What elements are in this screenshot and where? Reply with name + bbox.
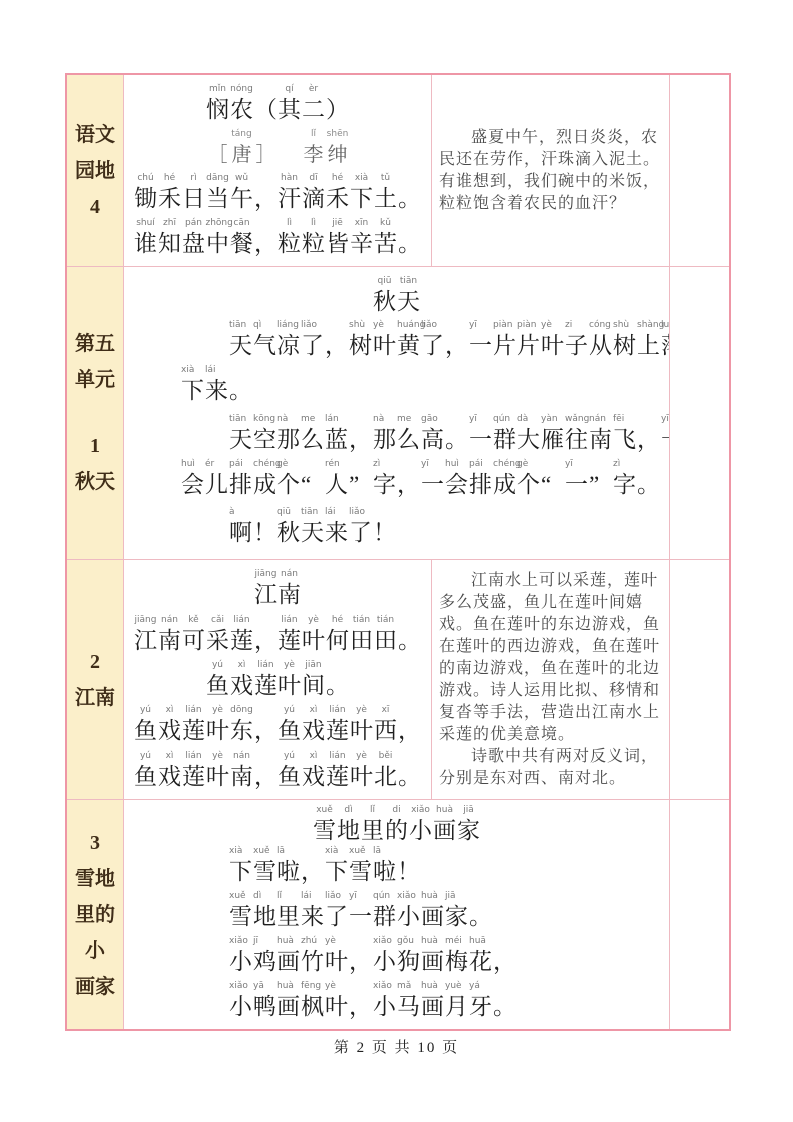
hanzi-token: nán南 bbox=[278, 568, 302, 609]
pinyin-label bbox=[278, 128, 302, 141]
hanzi-token: ér儿 bbox=[157, 458, 181, 499]
hanzi-token: xì戏 bbox=[302, 704, 326, 745]
unit-label-line: 第五 bbox=[75, 326, 115, 362]
pinyin-label: xì bbox=[158, 704, 182, 717]
hanzi-token: yuè月 bbox=[397, 980, 421, 1021]
hanzi-token: dōng东 bbox=[230, 704, 254, 745]
hanzi-token: di的 bbox=[385, 804, 409, 845]
hanzi-char: 鸭 bbox=[205, 993, 229, 1021]
hanzi-token: rì日 bbox=[182, 172, 206, 213]
hanzi-char: 莲 bbox=[182, 763, 206, 791]
pinyin-label: rì bbox=[182, 172, 206, 185]
hanzi-token: lái来 bbox=[157, 364, 181, 405]
lesson-row: 2江南jiāng江nán南jiāng江nán南kě可cǎi采lián莲，lián… bbox=[67, 560, 729, 800]
hanzi-char: 叶 bbox=[350, 763, 374, 791]
pinyin-label: yè bbox=[278, 659, 302, 672]
hanzi-char: 天 bbox=[181, 332, 205, 360]
hanzi-char: 儿 bbox=[157, 471, 181, 499]
hanzi-token: chéng成 bbox=[205, 458, 229, 499]
hanzi-char: 成 bbox=[205, 471, 229, 499]
pinyin-label: shù bbox=[565, 319, 589, 332]
pinyin-label: pán bbox=[182, 217, 206, 230]
hanzi-char: 月 bbox=[397, 993, 421, 1021]
pinyin-label bbox=[349, 458, 373, 471]
pinyin-label: yī bbox=[517, 458, 541, 471]
hanzi-char: （ bbox=[254, 96, 278, 124]
hanzi-char: 落 bbox=[613, 332, 637, 360]
pinyin-label: fēng bbox=[253, 980, 277, 993]
pinyin-label: tiān bbox=[181, 413, 205, 426]
pinyin-label: xià bbox=[133, 364, 157, 377]
hanzi-char: 采 bbox=[206, 627, 230, 655]
pinyin-label bbox=[398, 217, 422, 230]
hanzi-char: 雪 bbox=[313, 817, 337, 845]
hanzi-token: tǔ土 bbox=[374, 172, 398, 213]
commentary-paragraph: 江南水上可以采莲，莲叶多么茂盛，鱼儿在莲叶间嬉戏。鱼在莲叶的东边游戏，鱼在莲叶的… bbox=[439, 570, 662, 746]
hanzi-token: huà画 bbox=[229, 980, 253, 1021]
hanzi-char: 个 bbox=[469, 471, 493, 499]
pinyin-label: tiān bbox=[397, 275, 421, 288]
hanzi-char: 雪 bbox=[301, 858, 325, 886]
hanzi-char: 鱼 bbox=[134, 717, 158, 745]
hanzi-char: ” bbox=[301, 471, 325, 499]
hanzi-token: yú鱼 bbox=[278, 704, 302, 745]
pinyin-label: huì bbox=[133, 458, 157, 471]
hanzi-char: 。 bbox=[398, 185, 422, 213]
hanzi-char: 来 bbox=[253, 903, 277, 931]
hanzi-char: 莲 bbox=[326, 763, 350, 791]
hanzi-token bbox=[278, 128, 302, 169]
unit-label-line: 1 bbox=[90, 428, 100, 464]
hanzi-token: ， bbox=[253, 845, 277, 886]
pinyin-label bbox=[493, 458, 517, 471]
hanzi-char: 飞 bbox=[565, 426, 589, 454]
pinyin-label: dāng bbox=[206, 172, 230, 185]
poem-text-line: xiǎo小yā鸭huà画fēng枫yè叶，xiǎo小mǎ马huà画yuè月yá牙… bbox=[133, 980, 660, 1025]
page-number-text: 第 2 页 共 10 页 bbox=[334, 1040, 459, 1056]
hanzi-token: rén人 bbox=[277, 458, 301, 499]
hanzi-char: 地 bbox=[205, 903, 229, 931]
commentary-paragraph: 诗歌中共有两对反义词，分别是东对西、南对北。 bbox=[439, 746, 662, 790]
pinyin-label: huà bbox=[433, 804, 457, 817]
hanzi-token: yī一 bbox=[421, 413, 445, 454]
pinyin-label: yī bbox=[421, 413, 445, 426]
pinyin-label: xì bbox=[302, 750, 326, 763]
hanzi-token: mǎ马 bbox=[349, 980, 373, 1021]
pinyin-label: yè bbox=[350, 750, 374, 763]
pinyin-label: tǔ bbox=[374, 172, 398, 185]
hanzi-token: ！ bbox=[349, 845, 373, 886]
pinyin-label bbox=[398, 614, 422, 627]
hanzi-token: liǎo了 bbox=[253, 319, 277, 360]
hanzi-token: cān餐 bbox=[230, 217, 254, 258]
pinyin-label: yú bbox=[278, 704, 302, 717]
poem-text-line: yú鱼xì戏lián莲yè叶jiān间。 bbox=[133, 659, 422, 700]
pinyin-label: hé bbox=[326, 172, 350, 185]
hanzi-char: 南 bbox=[230, 763, 254, 791]
hanzi-token: ” bbox=[541, 458, 565, 499]
hanzi-char: 蓝 bbox=[277, 426, 301, 454]
hanzi-char: 知 bbox=[158, 230, 182, 258]
pinyin-label bbox=[301, 413, 325, 426]
pinyin-label: dōng bbox=[230, 704, 254, 717]
hanzi-token: hé何 bbox=[326, 614, 350, 655]
hanzi-char: 来 bbox=[157, 377, 181, 405]
hanzi-char: 竹 bbox=[253, 948, 277, 976]
hanzi-token: xià下 bbox=[277, 845, 301, 886]
pinyin-label: yī bbox=[373, 458, 397, 471]
hanzi-char: 片 bbox=[469, 332, 493, 360]
hanzi-char: 禾 bbox=[158, 185, 182, 213]
pinyin-label: liǎo bbox=[277, 890, 301, 903]
hanzi-char: 人 bbox=[277, 471, 301, 499]
hanzi-char: 大 bbox=[469, 426, 493, 454]
pinyin-label: yī bbox=[421, 319, 445, 332]
pinyin-label: jiā bbox=[457, 804, 481, 817]
hanzi-char: ］ bbox=[254, 141, 278, 169]
pinyin-label: yè bbox=[350, 704, 374, 717]
hanzi-token: liǎo了 bbox=[373, 319, 397, 360]
hanzi-char: 鱼 bbox=[134, 763, 158, 791]
pinyin-label bbox=[398, 704, 422, 717]
hanzi-char: ， bbox=[397, 332, 421, 360]
hanzi-token: ！ bbox=[205, 506, 229, 547]
hanzi-token: yú鱼 bbox=[278, 750, 302, 791]
hanzi-token: lián莲 bbox=[278, 614, 302, 655]
hanzi-token: tiān天 bbox=[253, 506, 277, 547]
hanzi-token: huā花 bbox=[421, 935, 445, 976]
pinyin-label: hé bbox=[158, 172, 182, 185]
hanzi-char: 戏 bbox=[302, 717, 326, 745]
poem-text-line: xià下xuě雪lā啦，xià下xuě雪lā啦！ bbox=[133, 845, 660, 890]
pinyin-label: gè bbox=[229, 458, 253, 471]
poem-title-line: qiū秋tiān天 bbox=[133, 275, 660, 316]
hanzi-char: 画 bbox=[373, 903, 397, 931]
hanzi-char: 天 bbox=[397, 288, 421, 316]
hanzi-token: dī滴 bbox=[302, 172, 326, 213]
pinyin-label: huì bbox=[397, 458, 421, 471]
pinyin-label: xiǎo bbox=[181, 980, 205, 993]
hanzi-char: 鱼 bbox=[278, 717, 302, 745]
pinyin-label: dì bbox=[337, 804, 361, 817]
hanzi-token: ！ bbox=[325, 506, 349, 547]
hanzi-token: pái排 bbox=[421, 458, 445, 499]
pinyin-label bbox=[254, 83, 278, 96]
hanzi-char: 牙 bbox=[421, 993, 445, 1021]
pinyin-label: yī bbox=[301, 890, 325, 903]
hanzi-char: 。 bbox=[181, 377, 205, 405]
hanzi-char: 树 bbox=[301, 332, 325, 360]
hanzi-token: xì戏 bbox=[230, 659, 254, 700]
hanzi-token: liǎo了 bbox=[277, 890, 301, 931]
hanzi-char: 小 bbox=[325, 993, 349, 1021]
hanzi-char: 苦 bbox=[374, 230, 398, 258]
hanzi-char: 画 bbox=[229, 948, 253, 976]
hanzi-char: 下 bbox=[181, 858, 205, 886]
pinyin-label: lián bbox=[254, 659, 278, 672]
unit-label-line: 雪地 bbox=[75, 861, 115, 897]
hanzi-token: huà画 bbox=[373, 890, 397, 931]
hanzi-token: tiān天 bbox=[181, 319, 205, 360]
hanzi-char: ） bbox=[326, 96, 350, 124]
hanzi-char: ， bbox=[277, 332, 301, 360]
hanzi-char: 鸡 bbox=[205, 948, 229, 976]
pinyin-label: lián bbox=[326, 704, 350, 717]
hanzi-char: ［ bbox=[206, 141, 230, 169]
page-footer: 第 2 页 共 10 页 bbox=[0, 1036, 793, 1057]
hanzi-token: cǎi采 bbox=[206, 614, 230, 655]
hanzi-char: 里 bbox=[361, 817, 385, 845]
pinyin-label: yè bbox=[493, 319, 517, 332]
hanzi-token: à啊 bbox=[181, 506, 205, 547]
hanzi-token: ， bbox=[277, 319, 301, 360]
unit-label-cell: 3雪地里的小画家 bbox=[67, 800, 124, 1029]
pinyin-label: běi bbox=[374, 750, 398, 763]
hanzi-char: 中 bbox=[206, 230, 230, 258]
hanzi-char: 莲 bbox=[182, 717, 206, 745]
pinyin-label: gāo bbox=[373, 413, 397, 426]
pinyin-label: tiān bbox=[253, 506, 277, 519]
hanzi-char: 李 bbox=[302, 141, 326, 169]
hanzi-char: 其 bbox=[278, 96, 302, 124]
hanzi-token: ， bbox=[301, 980, 325, 1021]
hanzi-char: 来 bbox=[277, 519, 301, 547]
hanzi-token: yú鱼 bbox=[134, 750, 158, 791]
hanzi-char: 梅 bbox=[397, 948, 421, 976]
poem-text-line: tiān天kōng空nà那me么lán蓝，nà那me么gāo高。yī一qún群d… bbox=[133, 413, 660, 503]
hanzi-token: xià下 bbox=[133, 364, 157, 405]
hanzi-token: ， bbox=[397, 319, 421, 360]
hanzi-char: ！ bbox=[205, 519, 229, 547]
hanzi-char: 小 bbox=[181, 948, 205, 976]
hanzi-token: xiǎo小 bbox=[325, 980, 349, 1021]
hanzi-char: 莲 bbox=[326, 717, 350, 745]
pinyin-label: qún bbox=[325, 890, 349, 903]
hanzi-token: huà画 bbox=[229, 935, 253, 976]
hanzi-token: dì地 bbox=[205, 890, 229, 931]
hanzi-token: xì戏 bbox=[302, 750, 326, 791]
pinyin-label: pái bbox=[421, 458, 445, 471]
pinyin-label: lián bbox=[182, 750, 206, 763]
hanzi-char: 了 bbox=[277, 903, 301, 931]
pinyin-label: me bbox=[253, 413, 277, 426]
hanzi-char: ！ bbox=[349, 858, 373, 886]
hanzi-token: ， bbox=[254, 172, 278, 213]
hanzi-char: “ bbox=[253, 471, 277, 499]
hanzi-token: jiāng江 bbox=[134, 614, 158, 655]
hanzi-char: 小 bbox=[181, 993, 205, 1021]
hanzi-token: běi北 bbox=[374, 750, 398, 791]
hanzi-char: ， bbox=[254, 717, 278, 745]
pinyin-label: yè bbox=[277, 935, 301, 948]
hanzi-char: 莲 bbox=[230, 627, 254, 655]
hanzi-char: 枫 bbox=[253, 993, 277, 1021]
pinyin-label: mǎ bbox=[349, 980, 373, 993]
pinyin-label: zì bbox=[325, 458, 349, 471]
pinyin-label: xiǎo bbox=[409, 804, 433, 817]
hanzi-char: 滴 bbox=[302, 185, 326, 213]
pinyin-label: xià bbox=[350, 172, 374, 185]
hanzi-char: 小 bbox=[409, 817, 433, 845]
hanzi-char: 。 bbox=[398, 627, 422, 655]
pinyin-label bbox=[254, 217, 278, 230]
pinyin-label: xiǎo bbox=[181, 935, 205, 948]
poem-text-line: tiān天qì气liáng凉liǎo了，shù树yè叶huáng黄liǎo了，y… bbox=[133, 319, 660, 409]
pinyin-label: nán bbox=[541, 413, 565, 426]
pinyin-label: hàn bbox=[278, 172, 302, 185]
hanzi-char: 群 bbox=[325, 903, 349, 931]
hanzi-char: 啊 bbox=[181, 519, 205, 547]
hanzi-token: yè叶 bbox=[350, 750, 374, 791]
hanzi-char: 气 bbox=[205, 332, 229, 360]
hanzi-token: 。 bbox=[589, 458, 613, 499]
commentary-cell: 江南水上可以采莲，莲叶多么茂盛，鱼儿在莲叶间嬉戏。鱼在莲叶的东边游戏，鱼在莲叶的… bbox=[432, 560, 670, 799]
pinyin-label: qiū bbox=[373, 275, 397, 288]
pinyin-label: lái bbox=[277, 506, 301, 519]
pinyin-label: yè bbox=[206, 704, 230, 717]
pinyin-label: huà bbox=[373, 980, 397, 993]
pinyin-label bbox=[253, 458, 277, 471]
hanzi-token: huáng黄 bbox=[349, 319, 373, 360]
hanzi-char: 那 bbox=[229, 426, 253, 454]
hanzi-token: nán南 bbox=[230, 750, 254, 791]
hanzi-token: liǎo了 bbox=[301, 506, 325, 547]
hanzi-token: nán南 bbox=[541, 413, 565, 454]
pinyin-label: xiǎo bbox=[325, 980, 349, 993]
poem-text-line: à啊！qiū秋tiān天lái来liǎo了！ bbox=[133, 506, 660, 551]
hanzi-token: jiē皆 bbox=[326, 217, 350, 258]
pinyin-label: nà bbox=[325, 413, 349, 426]
pinyin-label: me bbox=[349, 413, 373, 426]
hanzi-token: tián田 bbox=[350, 614, 374, 655]
pinyin-label: xì bbox=[230, 659, 254, 672]
hanzi-token: lā啦 bbox=[229, 845, 253, 886]
hanzi-token: xià下 bbox=[350, 172, 374, 213]
hanzi-char: 画 bbox=[229, 993, 253, 1021]
hanzi-char: 字 bbox=[565, 471, 589, 499]
hanzi-token: “ bbox=[493, 458, 517, 499]
hanzi-token: gè个 bbox=[229, 458, 253, 499]
pinyin-label: piàn bbox=[445, 319, 469, 332]
pinyin-label: yè bbox=[206, 750, 230, 763]
pinyin-label bbox=[253, 845, 277, 858]
hanzi-char: 。 bbox=[421, 903, 445, 931]
hanzi-char: 皆 bbox=[326, 230, 350, 258]
hanzi-char: ， bbox=[445, 948, 469, 976]
hanzi-token: 。 bbox=[326, 659, 350, 700]
pinyin-label: kǔ bbox=[374, 217, 398, 230]
pinyin-label: lǐ bbox=[361, 804, 385, 817]
hanzi-char: 了 bbox=[253, 332, 277, 360]
hanzi-char: 小 bbox=[349, 903, 373, 931]
hanzi-char: 悯 bbox=[206, 96, 230, 124]
pinyin-label: nán bbox=[230, 750, 254, 763]
hanzi-char: 下 bbox=[277, 858, 301, 886]
pinyin-label: lì bbox=[278, 217, 302, 230]
hanzi-char: ， bbox=[254, 185, 278, 213]
hanzi-token: nán南 bbox=[158, 614, 182, 655]
hanzi-char: 排 bbox=[421, 471, 445, 499]
hanzi-token: me么 bbox=[253, 413, 277, 454]
hanzi-token: ， bbox=[254, 217, 278, 258]
hanzi-token: cóng从 bbox=[541, 319, 565, 360]
pinyin-label: cān bbox=[230, 217, 254, 230]
pinyin-label: yàn bbox=[493, 413, 517, 426]
pinyin-label: xià bbox=[277, 845, 301, 858]
pinyin-label: lián bbox=[230, 614, 254, 627]
hanzi-token: yè叶 bbox=[206, 704, 230, 745]
hanzi-token: 。 bbox=[181, 364, 205, 405]
pinyin-label bbox=[254, 172, 278, 185]
pinyin-label: huā bbox=[421, 935, 445, 948]
pinyin-label bbox=[398, 750, 422, 763]
pinyin-label: xuě bbox=[181, 890, 205, 903]
hanzi-token: yú鱼 bbox=[134, 704, 158, 745]
hanzi-token: yī一 bbox=[421, 319, 445, 360]
pinyin-label: liǎo bbox=[301, 506, 325, 519]
hanzi-token: ， bbox=[254, 704, 278, 745]
hanzi-token: ， bbox=[301, 935, 325, 976]
hanzi-token: tiān天 bbox=[181, 413, 205, 454]
pinyin-label: chú bbox=[134, 172, 158, 185]
poem-text-line: shuí谁zhī知pán盘zhōng中cān餐，lì粒lì粒jiē皆xīn辛kǔ… bbox=[133, 217, 422, 258]
unit-label-cell: 语文园地4 bbox=[67, 75, 124, 266]
hanzi-char: 天 bbox=[181, 426, 205, 454]
pinyin-label: èr bbox=[302, 83, 326, 96]
poem-cell: xuě雪dì地lǐ里di的xiǎo小huà画jiā家xià下xuě雪lā啦，xi… bbox=[124, 800, 670, 1029]
hanzi-token: chú锄 bbox=[134, 172, 158, 213]
hanzi-token: fēi飞 bbox=[565, 413, 589, 454]
hanzi-token: 。 bbox=[398, 614, 422, 655]
hanzi-char: ， bbox=[254, 230, 278, 258]
hanzi-token: gè个 bbox=[469, 458, 493, 499]
hanzi-token: mǐn悯 bbox=[206, 83, 230, 124]
pinyin-label: yá bbox=[421, 980, 445, 993]
hanzi-char: 马 bbox=[349, 993, 373, 1021]
pinyin-label: yú bbox=[134, 750, 158, 763]
hanzi-char: 一 bbox=[517, 471, 541, 499]
poem-text-line: xiǎo小jī鸡huà画zhú竹yè叶，xiǎo小gǒu狗huà画méi梅huā… bbox=[133, 935, 660, 980]
lesson-row: 语文园地4mǐn悯nóng农（qí其èr二）［táng唐］ lǐ李shēn绅ch… bbox=[67, 75, 729, 267]
poem-cell: jiāng江nán南jiāng江nán南kě可cǎi采lián莲，lián莲yè… bbox=[124, 560, 432, 799]
hanzi-token: dāng当 bbox=[206, 172, 230, 213]
unit-label-line: 园地 bbox=[75, 153, 115, 189]
hanzi-token: yè叶 bbox=[493, 319, 517, 360]
pinyin-label bbox=[349, 845, 373, 858]
pinyin-label: shù bbox=[301, 319, 325, 332]
hanzi-token: lán蓝 bbox=[277, 413, 301, 454]
pinyin-label: liǎo bbox=[253, 319, 277, 332]
hanzi-token: ， bbox=[589, 413, 613, 454]
hanzi-token: huì会 bbox=[397, 458, 421, 499]
hanzi-token: yè叶 bbox=[277, 980, 301, 1021]
hanzi-char: 一 bbox=[421, 426, 445, 454]
hanzi-token: qún群 bbox=[325, 890, 349, 931]
hanzi-token: dì地 bbox=[337, 804, 361, 845]
pinyin-label bbox=[301, 980, 325, 993]
hanzi-token: tián田 bbox=[374, 614, 398, 655]
hanzi-token: lián莲 bbox=[182, 750, 206, 791]
pinyin-label: lái bbox=[253, 890, 277, 903]
pinyin-label: shēn bbox=[326, 128, 350, 141]
hanzi-char: 粒 bbox=[278, 230, 302, 258]
hanzi-token: xuě雪 bbox=[205, 845, 229, 886]
margin-cell bbox=[670, 800, 729, 1029]
pinyin-label: qiū bbox=[229, 506, 253, 519]
hanzi-char: 江 bbox=[134, 627, 158, 655]
pinyin-label: mǐn bbox=[206, 83, 230, 96]
hanzi-token: yè叶 bbox=[302, 614, 326, 655]
